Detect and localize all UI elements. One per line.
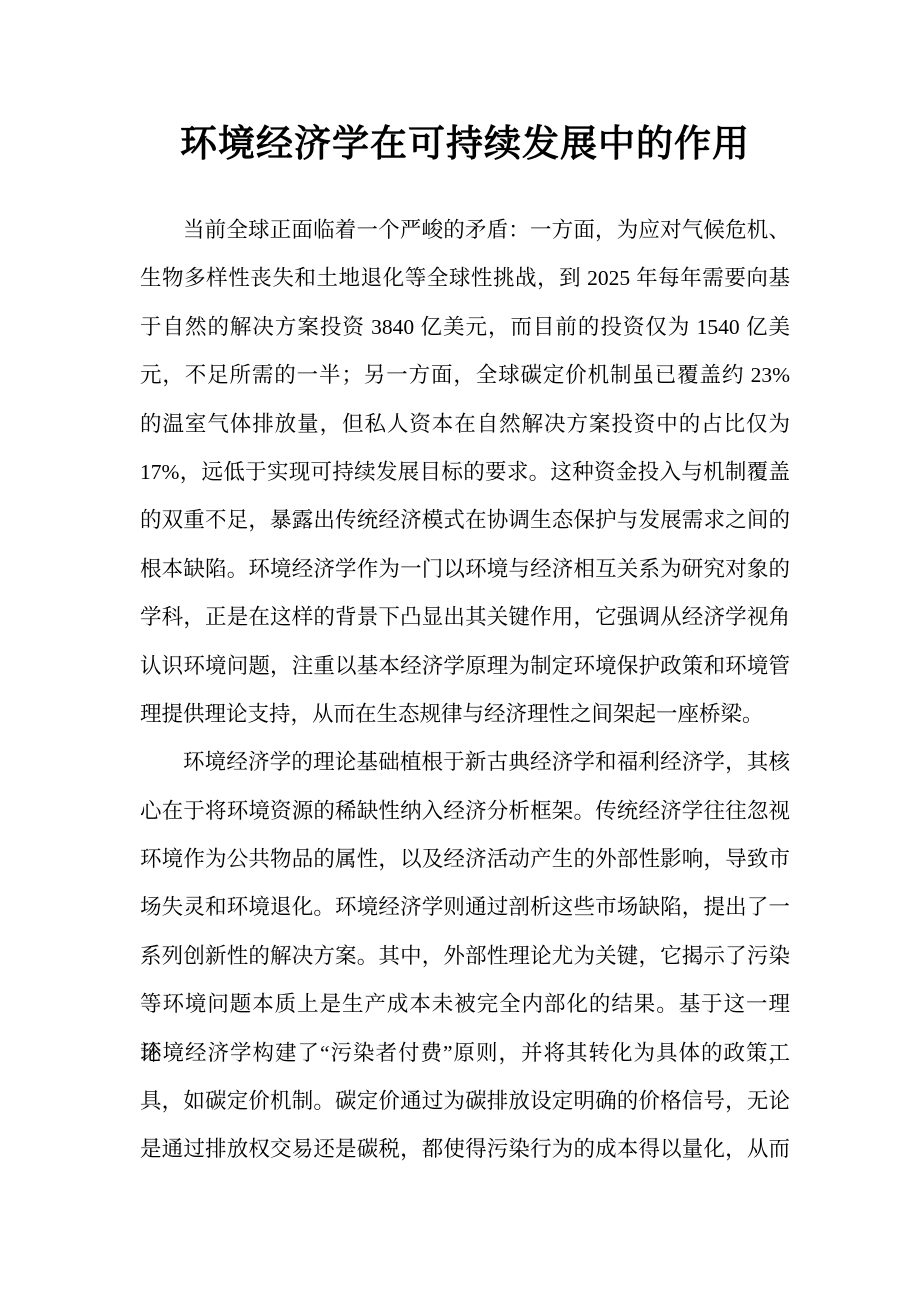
- text-line: 环境经济学构建了“污染者付费”原则，并将其转化为具体的政策工: [140, 1029, 790, 1077]
- text-line: 理提供理论支持，从而在生态规律与经济理性之间架起一座桥梁。: [140, 690, 790, 738]
- text-line: 的双重不足，暴露出传统经济模式在协调生态保护与发展需求之间的: [140, 496, 790, 544]
- text-line: 心在于将环境资源的稀缺性纳入经济分析框架。传统经济学往往忽视: [140, 787, 790, 835]
- text-line: 具，如碳定价机制。碳定价通过为碳排放设定明确的价格信号，无论: [140, 1077, 790, 1125]
- document-page: 环境经济学在可持续发展中的作用 当前全球正面临着一个严峻的矛盾：一方面，为应对气…: [0, 0, 920, 1302]
- text-line: 生物多样性丧失和土地退化等全球性挑战，到 2025 年每年需要向基: [140, 254, 790, 302]
- text-line: 场失灵和环境退化。环境经济学则通过剖析这些市场缺陷，提出了一: [140, 883, 790, 931]
- text-line: 元，不足所需的一半；另一方面，全球碳定价机制虽已覆盖约 23%: [140, 351, 790, 399]
- text-line: 17%，远低于实现可持续发展目标的要求。这种资金投入与机制覆盖: [140, 448, 790, 496]
- text-line: 系列创新性的解决方案。其中，外部性理论尤为关键，它揭示了污染: [140, 932, 790, 980]
- text-line: 环境作为公共物品的属性，以及经济活动产生的外部性影响，导致市: [140, 835, 790, 883]
- document-title: 环境经济学在可持续发展中的作用: [140, 118, 790, 170]
- text-line: 是通过排放权交易还是碳税，都使得污染行为的成本得以量化，从而: [140, 1125, 790, 1173]
- text-line: 的温室气体排放量，但私人资本在自然解决方案投资中的占比仅为: [140, 400, 790, 448]
- text-line: 根本缺陷。环境经济学作为一门以环境与经济相互关系为研究对象的: [140, 545, 790, 593]
- text-line: 当前全球正面临着一个严峻的矛盾：一方面，为应对气候危机、: [140, 206, 790, 254]
- text-line: 学科，正是在这样的背景下凸显出其关键作用，它强调从经济学视角: [140, 593, 790, 641]
- text-line: 环境经济学的理论基础植根于新古典经济学和福利经济学，其核: [140, 738, 790, 786]
- paragraph-2: 环境经济学的理论基础植根于新古典经济学和福利经济学，其核心在于将环境资源的稀缺性…: [140, 738, 790, 1174]
- text-line: 等环境问题本质上是生产成本未被完全内部化的结果。基于这一理论，: [140, 980, 790, 1028]
- text-line: 于自然的解决方案投资 3840 亿美元，而目前的投资仅为 1540 亿美: [140, 303, 790, 351]
- paragraph-1: 当前全球正面临着一个严峻的矛盾：一方面，为应对气候危机、生物多样性丧失和土地退化…: [140, 206, 790, 738]
- document-body: 当前全球正面临着一个严峻的矛盾：一方面，为应对气候危机、生物多样性丧失和土地退化…: [140, 206, 790, 1174]
- text-line: 认识环境问题，注重以基本经济学原理为制定环境保护政策和环境管: [140, 642, 790, 690]
